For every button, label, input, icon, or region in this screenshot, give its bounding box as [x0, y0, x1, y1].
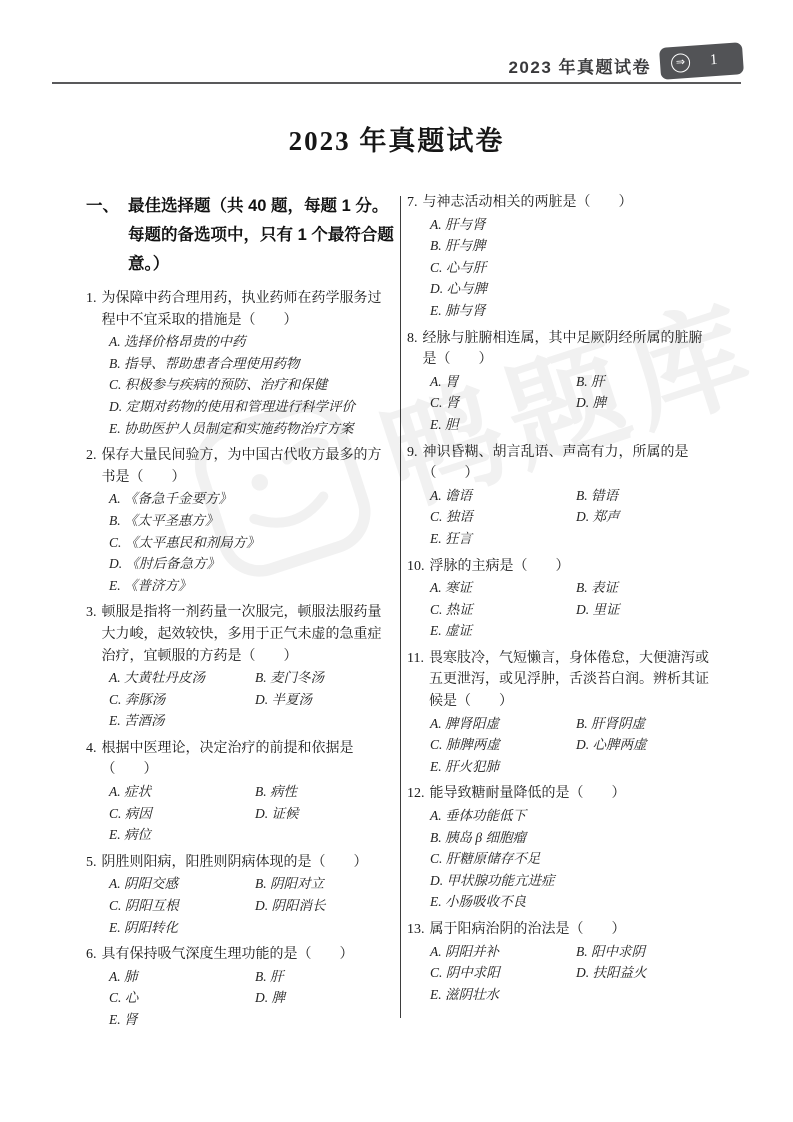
option-E: E. 肺与肾: [430, 300, 714, 322]
question-6: 6.具有保持吸气深度生理功能的是（ ）A. 肺B. 肝C. 心D. 脾E. 肾: [86, 944, 394, 1030]
question-number: 1.: [86, 288, 97, 331]
option-B: B. 阴阳对立: [255, 873, 394, 895]
option-D: D. 阴阳消长: [255, 895, 394, 917]
section-number: 一、: [86, 192, 119, 279]
option-B: B. 《太平圣惠方》: [109, 510, 394, 532]
option-C: C. 肾: [430, 392, 576, 414]
option-B: B. 病性: [255, 781, 394, 803]
option-B: B. 肝: [576, 371, 714, 393]
question-text: 经脉与脏腑相连属，其中足厥阴经所属的脏腑是（ ）: [423, 328, 715, 371]
question-text: 畏寒肢冷，气短懒言，身体倦怠，大便溏泻或五更泄泻，或见浮肿，舌淡苔白润。辨析其证…: [429, 648, 714, 713]
question-text: 保存大量民间验方，为中国古代收方最多的方书是（ ）: [102, 445, 395, 488]
option-E: E. 胆: [430, 414, 576, 436]
option-D: D. 定期对药物的使用和管理进行科学评价: [109, 396, 394, 418]
question-stem: 13.属于阳病治阴的治法是（ ）: [407, 919, 714, 941]
question-number: 8.: [407, 328, 418, 371]
content-columns: 一、 最佳选择题（共 40 题，每题 1 分。每题的备选项中，只有 1 个最符合…: [86, 192, 720, 1037]
option-D: D. 半夏汤: [255, 689, 394, 711]
question-stem: 8.经脉与脏腑相连属，其中足厥阴经所属的脏腑是（ ）: [407, 328, 714, 371]
right-column: 7.与神志活动相关的两脏是（ ）A. 肝与肾B. 肝与脾C. 心与肝D. 心与脾…: [407, 192, 714, 1037]
question-stem: 11.畏寒肢冷，气短懒言，身体倦怠，大便溏泻或五更泄泻，或见浮肿，舌淡苔白润。辨…: [407, 648, 714, 713]
right-questions: 7.与神志活动相关的两脏是（ ）A. 肝与肾B. 肝与脾C. 心与肝D. 心与脾…: [407, 192, 714, 1005]
options-list: A. 寒证B. 表证C. 热证D. 里证E. 虚证: [430, 577, 714, 642]
section-heading: 一、 最佳选择题（共 40 题，每题 1 分。每题的备选项中，只有 1 个最符合…: [86, 192, 394, 279]
options-list: A. 胃B. 肝C. 肾D. 脾E. 胆: [430, 371, 714, 436]
option-D: D. 心脾两虚: [576, 734, 714, 756]
option-E: E. 《普济方》: [109, 575, 394, 597]
question-number: 10.: [407, 556, 425, 578]
option-B: B. 麦门冬汤: [255, 667, 394, 689]
question-stem: 12.能导致糖耐量降低的是（ ）: [407, 783, 714, 805]
question-10: 10.浮脉的主病是（ ）A. 寒证B. 表证C. 热证D. 里证E. 虚证: [407, 556, 714, 642]
option-E: E. 协助医护人员制定和实施药物治疗方案: [109, 418, 394, 440]
option-D: D. 脾: [255, 987, 394, 1009]
option-A: A. 阴阳交感: [109, 873, 255, 895]
option-B: B. 表证: [576, 577, 714, 599]
option-C: C. 奔豚汤: [109, 689, 255, 711]
left-column: 一、 最佳选择题（共 40 题，每题 1 分。每题的备选项中，只有 1 个最符合…: [86, 192, 394, 1037]
option-D: D. 甲状腺功能亢进症: [430, 870, 714, 892]
question-7: 7.与神志活动相关的两脏是（ ）A. 肝与肾B. 肝与脾C. 心与肝D. 心与脾…: [407, 192, 714, 322]
question-stem: 5.阴胜则阳病，阳胜则阴病体现的是（ ）: [86, 852, 394, 874]
question-stem: 1.为保障中药合理用药，执业药师在药学服务过程中不宜采取的措施是（ ）: [86, 288, 394, 331]
tab-page-number: 1: [709, 51, 718, 68]
option-E: E. 肝火犯肺: [430, 756, 576, 778]
option-C: C. 病因: [109, 803, 255, 825]
options-list: A. 大黄牡丹皮汤B. 麦门冬汤C. 奔豚汤D. 半夏汤E. 苦酒汤: [109, 667, 394, 732]
option-E: E. 肾: [109, 1009, 255, 1031]
page-title: 2023 年真题试卷: [0, 119, 793, 158]
question-stem: 3.顿服是指将一剂药量一次服完，顿服法服药量大力峻，起效较快，多用于正气未虚的急…: [86, 602, 394, 667]
option-B: B. 阳中求阴: [576, 941, 714, 963]
question-text: 与神志活动相关的两脏是（ ）: [423, 192, 715, 214]
option-C: C. 肝糖原储存不足: [430, 848, 714, 870]
question-text: 阴胜则阳病，阳胜则阴病体现的是（ ）: [102, 852, 395, 874]
option-D: D. 脾: [576, 392, 714, 414]
option-D: D. 《肘后备急方》: [109, 553, 394, 575]
question-12: 12.能导致糖耐量降低的是（ ）A. 垂体功能低下B. 胰岛 β 细胞瘤C. 肝…: [407, 783, 714, 913]
question-number: 2.: [86, 445, 97, 488]
options-list: A. 谵语B. 错语C. 独语D. 郑声E. 狂言: [430, 485, 714, 550]
option-B: B. 胰岛 β 细胞瘤: [430, 827, 714, 849]
option-E: E. 滋阴壮水: [430, 984, 576, 1006]
option-A: A. 脾肾阳虚: [430, 713, 576, 735]
options-list: A. 阴阳并补B. 阳中求阴C. 阴中求阳D. 扶阳益火E. 滋阴壮水: [430, 941, 714, 1006]
option-A: A. 谵语: [430, 485, 576, 507]
option-C: C. 心: [109, 987, 255, 1009]
option-E: E. 虚证: [430, 620, 576, 642]
option-B: B. 肝与脾: [430, 235, 714, 257]
option-B: B. 肝肾阴虚: [576, 713, 714, 735]
question-number: 12.: [407, 783, 425, 805]
option-A: A. 寒证: [430, 577, 576, 599]
question-text: 为保障中药合理用药，执业药师在药学服务过程中不宜采取的措施是（ ）: [102, 288, 395, 331]
question-5: 5.阴胜则阳病，阳胜则阴病体现的是（ ）A. 阴阳交感B. 阴阳对立C. 阴阳互…: [86, 852, 394, 938]
option-A: A. 肝与肾: [430, 214, 714, 236]
question-text: 能导致糖耐量降低的是（ ）: [430, 783, 715, 805]
question-1: 1.为保障中药合理用药，执业药师在药学服务过程中不宜采取的措施是（ ）A. 选择…: [86, 288, 394, 439]
option-E: E. 小肠吸收不良: [430, 891, 714, 913]
header-rule: [52, 82, 741, 84]
question-text: 浮脉的主病是（ ）: [430, 556, 715, 578]
question-number: 7.: [407, 192, 418, 214]
options-list: A. 症状B. 病性C. 病因D. 证候E. 病位: [109, 781, 394, 846]
option-A: A. 胃: [430, 371, 576, 393]
option-E: E. 阴阳转化: [109, 917, 255, 939]
options-list: A. 选择价格昂贵的中药B. 指导、帮助患者合理使用药物C. 积极参与疾病的预防…: [109, 331, 394, 439]
section-heading-text: 最佳选择题（共 40 题，每题 1 分。每题的备选项中，只有 1 个最符合题意。…: [128, 192, 394, 279]
option-A: A. 选择价格昂贵的中药: [109, 331, 394, 353]
option-B: B. 肝: [255, 966, 394, 988]
option-C: C. 《太平惠民和剂局方》: [109, 532, 394, 554]
question-text: 顿服是指将一剂药量一次服完，顿服法服药量大力峻，起效较快，多用于正气未虚的急重症…: [102, 602, 395, 667]
arrow-right-circle-icon: ⇒: [670, 52, 690, 72]
option-D: D. 里证: [576, 599, 714, 621]
column-divider: [400, 196, 401, 1018]
question-stem: 6.具有保持吸气深度生理功能的是（ ）: [86, 944, 394, 966]
question-13: 13.属于阳病治阴的治法是（ ）A. 阴阳并补B. 阳中求阴C. 阴中求阳D. …: [407, 919, 714, 1005]
question-number: 6.: [86, 944, 97, 966]
option-E: E. 狂言: [430, 528, 576, 550]
options-list: A. 阴阳交感B. 阴阳对立C. 阴阳互根D. 阴阳消长E. 阴阳转化: [109, 873, 394, 938]
question-number: 13.: [407, 919, 425, 941]
option-C: C. 心与肝: [430, 257, 714, 279]
page-corner-tab: ⇒ 1: [659, 42, 744, 80]
option-A: A. 大黄牡丹皮汤: [109, 667, 255, 689]
question-9: 9.神识昏糊、胡言乱语、声高有力，所属的是（ ）A. 谵语B. 错语C. 独语D…: [407, 442, 714, 550]
question-number: 9.: [407, 442, 418, 485]
question-number: 5.: [86, 852, 97, 874]
option-D: D. 证候: [255, 803, 394, 825]
question-number: 3.: [86, 602, 97, 667]
options-list: A. 肺B. 肝C. 心D. 脾E. 肾: [109, 966, 394, 1031]
question-2: 2.保存大量民间验方，为中国古代收方最多的方书是（ ）A. 《备急千金要方》B.…: [86, 445, 394, 596]
option-E: E. 病位: [109, 824, 255, 846]
option-C: C. 独语: [430, 506, 576, 528]
option-C: C. 积极参与疾病的预防、治疗和保健: [109, 374, 394, 396]
question-stem: 4.根据中医理论，决定治疗的前提和依据是（ ）: [86, 738, 394, 781]
question-3: 3.顿服是指将一剂药量一次服完，顿服法服药量大力峻，起效较快，多用于正气未虚的急…: [86, 602, 394, 732]
running-title: 2023 年真题试卷: [508, 53, 651, 78]
options-list: A. 脾肾阳虚B. 肝肾阴虚C. 肺脾两虚D. 心脾两虚E. 肝火犯肺: [430, 713, 714, 778]
options-list: A. 肝与肾B. 肝与脾C. 心与肝D. 心与脾E. 肺与肾: [430, 214, 714, 322]
option-A: A. 阴阳并补: [430, 941, 576, 963]
question-stem: 10.浮脉的主病是（ ）: [407, 556, 714, 578]
option-B: B. 错语: [576, 485, 714, 507]
question-text: 神识昏糊、胡言乱语、声高有力，所属的是（ ）: [423, 442, 715, 485]
options-list: A. 《备急千金要方》B. 《太平圣惠方》C. 《太平惠民和剂局方》D. 《肘后…: [109, 488, 394, 596]
option-C: C. 阴阳互根: [109, 895, 255, 917]
question-4: 4.根据中医理论，决定治疗的前提和依据是（ ）A. 症状B. 病性C. 病因D.…: [86, 738, 394, 846]
option-E: E. 苦酒汤: [109, 710, 255, 732]
question-text: 属于阳病治阴的治法是（ ）: [430, 919, 715, 941]
option-C: C. 阴中求阳: [430, 962, 576, 984]
option-C: C. 热证: [430, 599, 576, 621]
option-D: D. 心与脾: [430, 278, 714, 300]
question-stem: 9.神识昏糊、胡言乱语、声高有力，所属的是（ ）: [407, 442, 714, 485]
option-C: C. 肺脾两虚: [430, 734, 576, 756]
option-B: B. 指导、帮助患者合理使用药物: [109, 353, 394, 375]
option-A: A. 垂体功能低下: [430, 805, 714, 827]
question-number: 11.: [407, 648, 424, 713]
option-A: A. 《备急千金要方》: [109, 488, 394, 510]
exam-page: 鸭题库 2023 年真题试卷 ⇒ 1 2023 年真题试卷 一、 最佳选择题（共…: [0, 0, 793, 1122]
question-8: 8.经脉与脏腑相连属，其中足厥阴经所属的脏腑是（ ）A. 胃B. 肝C. 肾D.…: [407, 328, 714, 436]
question-text: 根据中医理论，决定治疗的前提和依据是（ ）: [102, 738, 395, 781]
left-questions: 1.为保障中药合理用药，执业药师在药学服务过程中不宜采取的措施是（ ）A. 选择…: [86, 288, 394, 1031]
question-11: 11.畏寒肢冷，气短懒言，身体倦怠，大便溏泻或五更泄泻，或见浮肿，舌淡苔白润。辨…: [407, 648, 714, 778]
question-text: 具有保持吸气深度生理功能的是（ ）: [102, 944, 395, 966]
question-stem: 2.保存大量民间验方，为中国古代收方最多的方书是（ ）: [86, 445, 394, 488]
option-A: A. 症状: [109, 781, 255, 803]
option-A: A. 肺: [109, 966, 255, 988]
question-stem: 7.与神志活动相关的两脏是（ ）: [407, 192, 714, 214]
option-D: D. 扶阳益火: [576, 962, 714, 984]
options-list: A. 垂体功能低下B. 胰岛 β 细胞瘤C. 肝糖原储存不足D. 甲状腺功能亢进…: [430, 805, 714, 913]
option-D: D. 郑声: [576, 506, 714, 528]
question-number: 4.: [86, 738, 97, 781]
